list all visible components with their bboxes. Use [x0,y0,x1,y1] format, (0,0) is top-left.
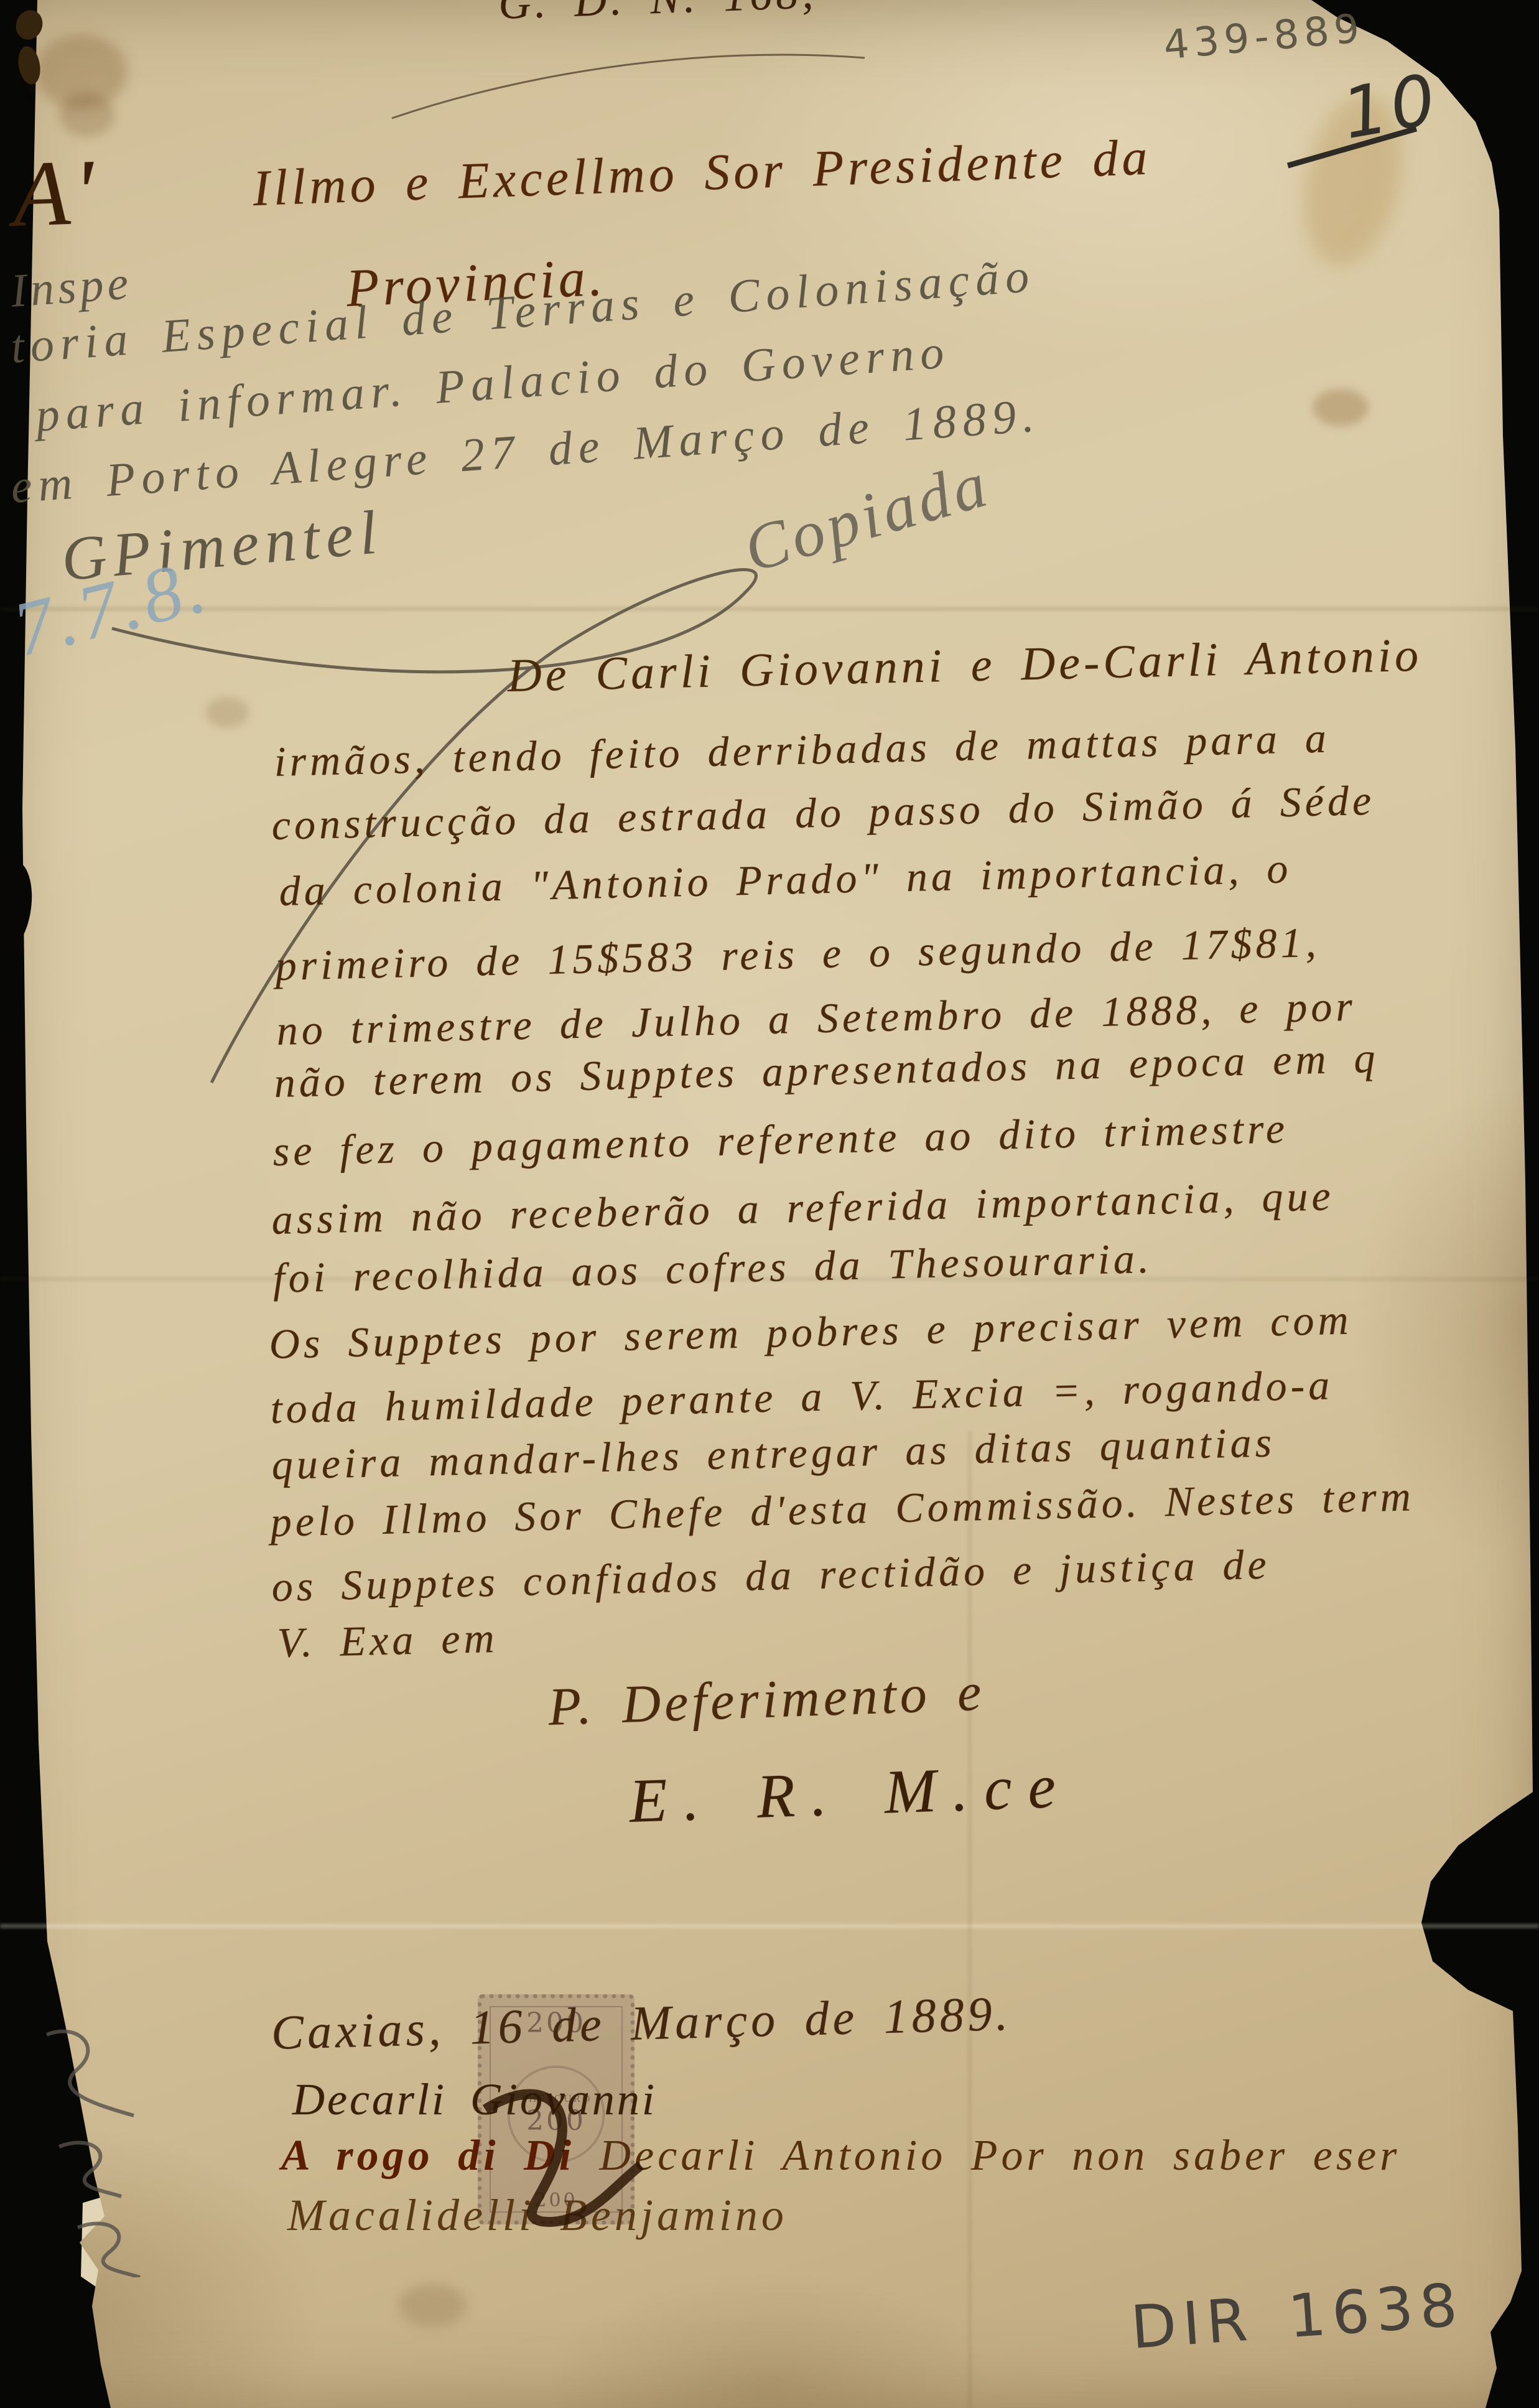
margin-scrawl [22,2010,208,2277]
stain [398,2284,467,2327]
ink-blot [460,2072,666,2234]
closing-line-2: E. R. M.ce [628,1755,1072,1832]
top-flourish [379,34,877,128]
tear-hole [0,1785,19,1858]
stain [1313,389,1369,426]
stain [59,93,115,137]
address-initial: A' [11,145,99,241]
fold-crease [0,1924,1539,1928]
signature-arogo-rest: Decarli Antonio Por non saber eser [575,2132,1400,2180]
body-line: V. Exa em [277,1617,498,1664]
closing-line-1: P. Deferimento e [547,1665,986,1734]
document-scan: 200 THESOURO 200 200 G. D. N. 168, 439-8… [0,0,1539,2408]
signature-arogo: A rogo di Di Decarli Antonio Por non sab… [281,2134,1400,2178]
dispatch-line-1: Inspe [9,259,133,314]
